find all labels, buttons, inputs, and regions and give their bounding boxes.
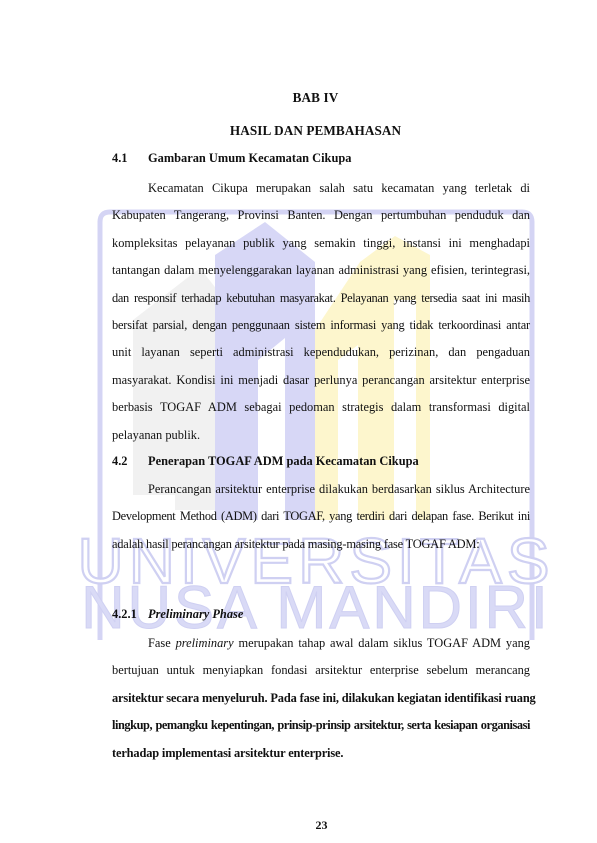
paragraph-line: Kecamatan Cikupa merupakan salah satu ke… — [112, 175, 530, 202]
paragraph-line: kompleksitas pelayanan publik yang semak… — [112, 230, 530, 257]
paragraph-line: masyarakat. Kondisi ini menjadi dasar pe… — [112, 367, 530, 394]
paragraph-line: bersifat parsial, dengan penggunaan sist… — [112, 312, 530, 339]
italic-term: preliminary — [176, 636, 234, 650]
section-title: Preliminary Phase — [148, 607, 243, 621]
paragraph-line: lingkup, pemangku kepentingan, prinsip-p… — [112, 712, 530, 739]
chapter-title: HASIL DAN PEMBAHASAN — [17, 123, 597, 139]
section-heading-4-1: 4.1Gambaran Umum Kecamatan Cikupa — [112, 151, 351, 166]
paragraph-line: unit layanan seperti administrasi kepend… — [112, 339, 530, 366]
section-heading-4-2-1: 4.2.1Preliminary Phase — [112, 607, 243, 622]
paragraph-line: bertujuan untuk menyiapkan fondasi arsit… — [112, 657, 530, 684]
section-4-2-paragraph: Perancangan arsitektur enterprise dilaku… — [112, 476, 530, 558]
paragraph-line: pelayanan publik. — [112, 422, 530, 449]
paragraph-line: berbasis TOGAF ADM sebagai pedoman strat… — [112, 394, 530, 421]
section-title: Gambaran Umum Kecamatan Cikupa — [148, 151, 351, 165]
chapter-label: BAB IV — [17, 90, 597, 106]
paragraph-line: Development Method (ADM) dari TOGAF, yan… — [112, 503, 530, 530]
section-number: 4.2.1 — [112, 607, 148, 622]
paragraph-line: dan responsif terhadap kebutuhan masyara… — [112, 285, 530, 312]
page-number: 23 — [0, 818, 597, 833]
section-4-1-paragraph: Kecamatan Cikupa merupakan salah satu ke… — [112, 175, 530, 449]
paragraph-line: terhadap implementasi arsitektur enterpr… — [112, 740, 530, 767]
section-number: 4.1 — [112, 151, 148, 166]
paragraph-line: tantangan dalam menyelenggarakan layanan… — [112, 257, 530, 284]
section-title: Penerapan TOGAF ADM pada Kecamatan Cikup… — [148, 454, 419, 468]
paragraph-line: adalah hasil perancangan arsitektur pada… — [112, 531, 530, 558]
document-page: UNIVERSITAS NUSA MANDIRI BAB IV HASIL DA… — [0, 0, 597, 843]
section-4-2-1-paragraph: Fase preliminary merupakan tahap awal da… — [112, 630, 530, 767]
paragraph-line: arsitektur secara menyeluruh. Pada fase … — [112, 685, 530, 712]
paragraph-line: Perancangan arsitektur enterprise dilaku… — [112, 476, 530, 503]
section-number: 4.2 — [112, 454, 148, 469]
section-heading-4-2: 4.2Penerapan TOGAF ADM pada Kecamatan Ci… — [112, 454, 419, 469]
paragraph-line: Fase preliminary merupakan tahap awal da… — [112, 630, 530, 657]
paragraph-line: Kabupaten Tangerang, Provinsi Banten. De… — [112, 202, 530, 229]
